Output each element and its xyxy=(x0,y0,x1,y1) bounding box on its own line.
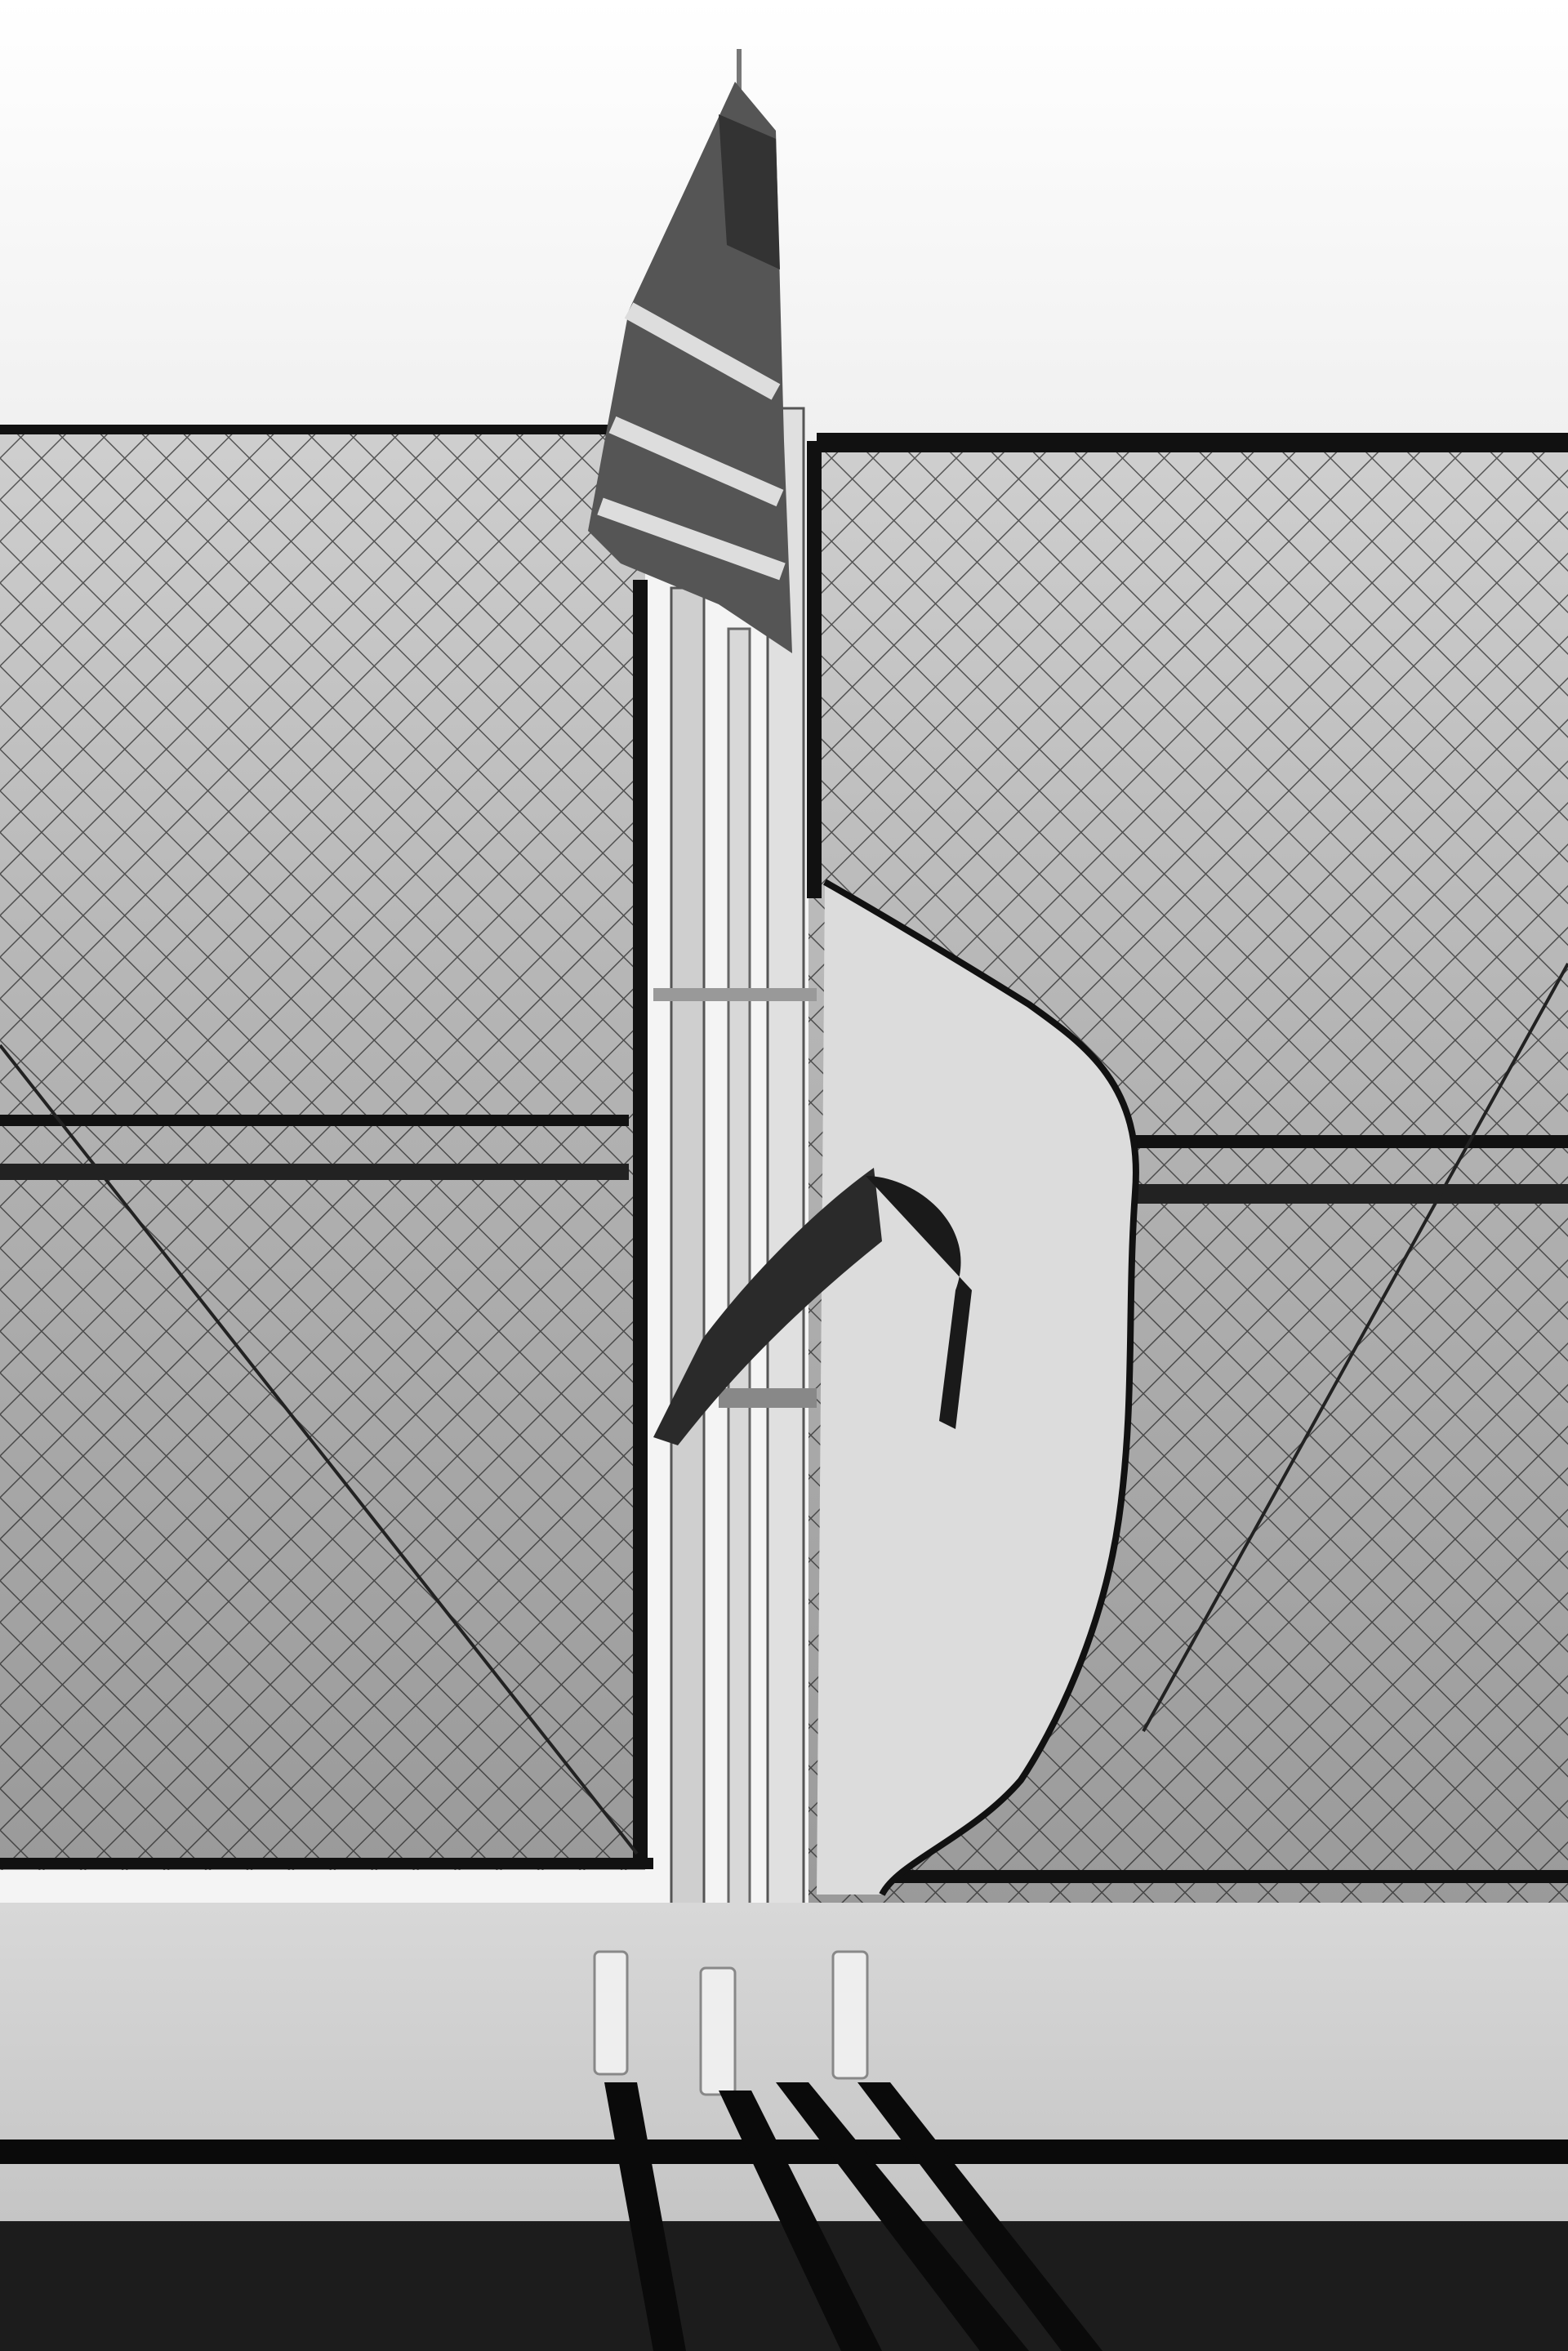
photograph: Chain-link fence with privacy screen and… xyxy=(0,0,1568,2351)
left-fence-panel xyxy=(0,425,653,1870)
sky xyxy=(0,0,1568,441)
gate-posts xyxy=(653,408,817,2009)
scene xyxy=(0,0,1568,2351)
